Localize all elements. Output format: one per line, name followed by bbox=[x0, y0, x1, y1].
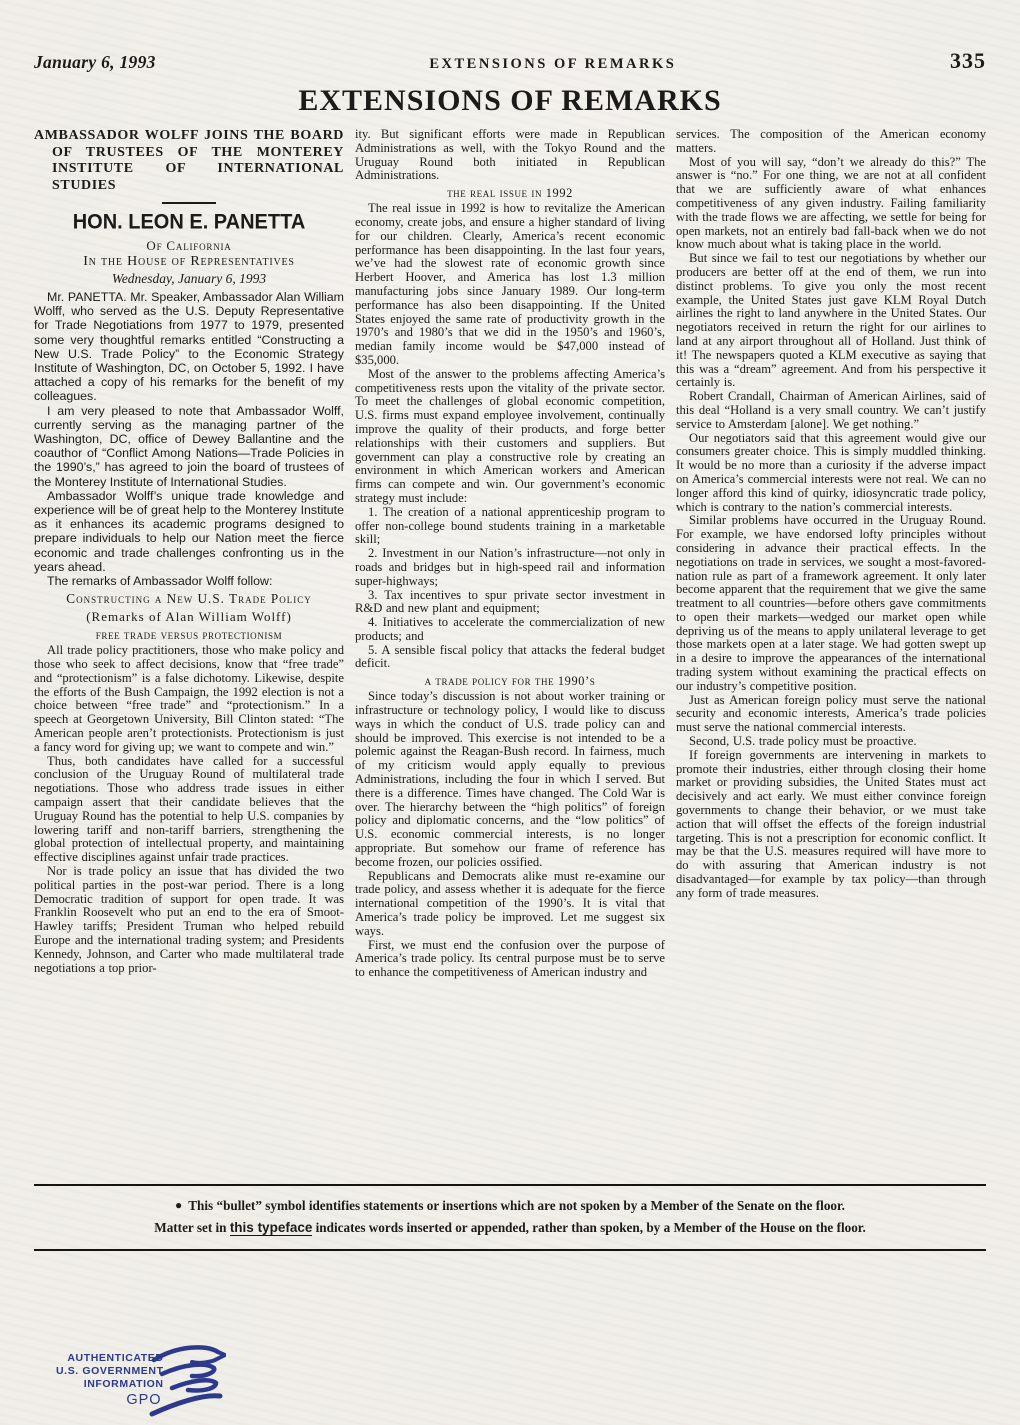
text-block-center-sc: Of California bbox=[34, 238, 344, 253]
text-block-p-serif: All trade policy practitioners, those wh… bbox=[34, 644, 344, 754]
text-block-head-sc-sm: a trade policy for the 1990’s bbox=[355, 674, 665, 689]
column-1: AMBASSADOR WOLFF JOINS THE BOARD OF TRUS… bbox=[34, 128, 344, 1184]
text-block-article-title: AMBASSADOR WOLFF JOINS THE BOARD OF TRUS… bbox=[34, 128, 344, 194]
text-block-p-serif: 5. A sensible fiscal policy that attacks… bbox=[355, 644, 665, 672]
text-block-p-serif: 4. Initiatives to accelerate the commerc… bbox=[355, 616, 665, 644]
text-block-p-serif: 3. Tax incentives to spur private sector… bbox=[355, 589, 665, 617]
text-block-head-sc-sm: free trade versus protectionism bbox=[34, 628, 344, 643]
text-block-speaker: HON. LEON E. PANETTA bbox=[34, 210, 344, 234]
text-block-p-sans: I am very pleased to note that Ambassado… bbox=[34, 404, 344, 489]
senate-bullet-note: ●This “bullet” symbol identifies stateme… bbox=[34, 1195, 986, 1217]
house-typeface-note: Matter set in this typeface indicates wo… bbox=[34, 1217, 986, 1238]
text-block-p-serif: But since we fail to test our negotiatio… bbox=[676, 252, 986, 390]
text-block-center-sc2: In the House of Representatives bbox=[34, 253, 344, 270]
text-block-p-serif: Since today’s discussion is not about wo… bbox=[355, 690, 665, 869]
text-block-p-serif: Most of the answer to the problems affec… bbox=[355, 368, 665, 506]
text-block-p-cont: services. The composition of the America… bbox=[676, 128, 986, 156]
text-block-center-italic: Wednesday, January 6, 1993 bbox=[34, 270, 344, 287]
text-block-p-serif: Republicans and Democrats alike must re-… bbox=[355, 870, 665, 939]
congressional-record-page: January 6, 1993 EXTENSIONS OF REMARKS 33… bbox=[0, 0, 1020, 1425]
page-title: EXTENSIONS OF REMARKS bbox=[34, 84, 986, 118]
text-block-p-serif: 2. Investment in our Nation’s infrastruc… bbox=[355, 547, 665, 588]
text-block-p-serif: Thus, both candidates have called for a … bbox=[34, 755, 344, 865]
text-block-p-sans: Ambassador Wolff’s unique trade knowledg… bbox=[34, 489, 344, 574]
text-block-p-serif: 1. The creation of a national apprentice… bbox=[355, 506, 665, 547]
text-block-p-serif: Similar problems have occurred in the Ur… bbox=[676, 514, 986, 693]
typeface-note-prefix: Matter set in bbox=[154, 1220, 230, 1235]
text-block-p-serif: Second, U.S. trade policy must be proact… bbox=[676, 735, 986, 749]
text-block-p-serif: Most of you will say, “don’t we already … bbox=[676, 156, 986, 253]
column-layout: AMBASSADOR WOLFF JOINS THE BOARD OF TRUS… bbox=[34, 128, 986, 1184]
text-block-p-serif: First, we must end the confusion over th… bbox=[355, 939, 665, 980]
senate-bullet-note-text: This “bullet” symbol identifies statemen… bbox=[188, 1198, 845, 1213]
separator-rule bbox=[162, 202, 216, 204]
text-block-center-serif: (Remarks of Alan William Wolff) bbox=[34, 609, 344, 625]
typeface-note-highlight: this typeface bbox=[230, 1220, 313, 1236]
record-footnotes: ●This “bullet” symbol identifies stateme… bbox=[34, 1184, 986, 1251]
text-block-p-serif: The real issue in 1992 is how to revital… bbox=[355, 202, 665, 368]
text-block-p-serif: If foreign governments are intervening i… bbox=[676, 749, 986, 901]
running-header: January 6, 1993 EXTENSIONS OF REMARKS 33… bbox=[34, 0, 986, 74]
text-block-p-sans: The remarks of Ambassador Wolff follow: bbox=[34, 574, 344, 588]
gpo-eagle-icon bbox=[148, 1344, 226, 1420]
text-block-p-serif: Just as American foreign policy must ser… bbox=[676, 694, 986, 735]
text-block-head-sc: Constructing a New U.S. Trade Policy bbox=[34, 591, 344, 607]
header-page-number: 335 bbox=[950, 48, 986, 74]
typeface-note-suffix: indicates words inserted or appended, ra… bbox=[312, 1220, 865, 1235]
gpo-authentication-seal: AUTHENTICATED U.S. GOVERNMENT INFORMATIO… bbox=[56, 1352, 226, 1420]
column-2: ity. But significant efforts were made i… bbox=[355, 128, 665, 1184]
text-block-head-sc-sm: the real issue in 1992 bbox=[355, 186, 665, 201]
text-block-p-cont: ity. But significant efforts were made i… bbox=[355, 128, 665, 183]
header-running-title: EXTENSIONS OF REMARKS bbox=[429, 56, 676, 73]
text-block-p-serif: Robert Crandall, Chairman of American Ai… bbox=[676, 390, 986, 431]
bullet-icon: ● bbox=[175, 1198, 182, 1212]
text-block-p-sans: Mr. PANETTA. Mr. Speaker, Ambassador Ala… bbox=[34, 290, 344, 404]
text-block-p-serif: Nor is trade policy an issue that has di… bbox=[34, 865, 344, 975]
text-block-p-serif: Our negotiators said that this agreement… bbox=[676, 432, 986, 515]
header-date: January 6, 1993 bbox=[34, 52, 156, 73]
column-3: services. The composition of the America… bbox=[676, 128, 986, 1184]
